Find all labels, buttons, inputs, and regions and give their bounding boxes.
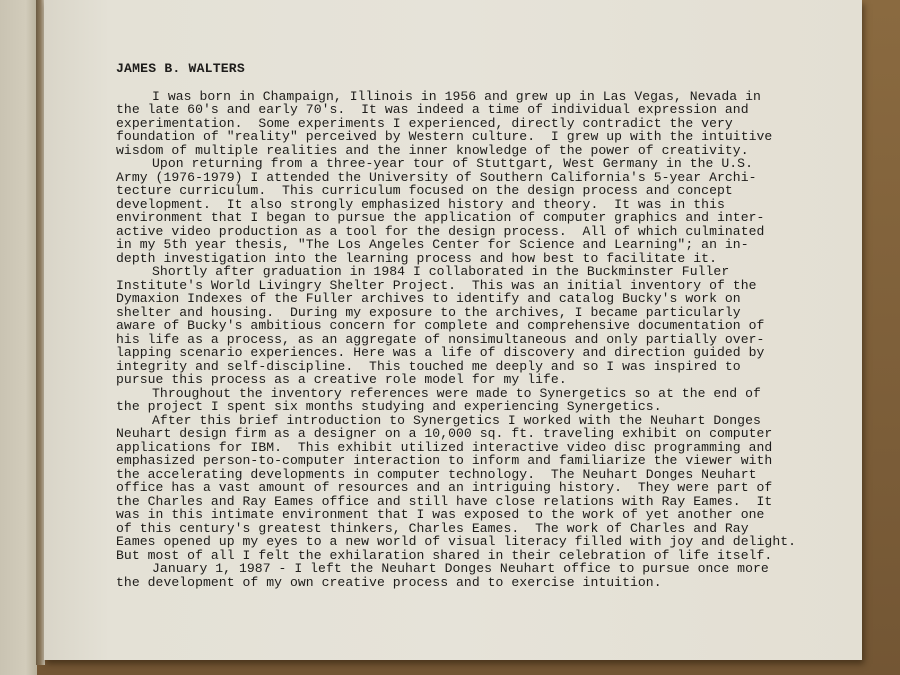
- text-line: depth investigation into the learning pr…: [116, 252, 806, 266]
- text-line: office has a vast amount of resources an…: [116, 481, 806, 495]
- typed-document: JAMES B. WALTERS I was born in Champaign…: [116, 62, 806, 589]
- paragraph: I was born in Champaign, Illinois in 195…: [116, 90, 806, 158]
- paragraph: January 1, 1987 - I left the Neuhart Don…: [116, 562, 806, 589]
- text-line: shelter and housing. During my exposure …: [116, 306, 806, 320]
- paragraph: After this brief introduction to Synerge…: [116, 414, 806, 563]
- text-line: the late 60's and early 70's. It was ind…: [116, 103, 806, 117]
- paragraph: Shortly after graduation in 1984 I colla…: [116, 265, 806, 387]
- text-line: the accelerating developments in compute…: [116, 468, 806, 482]
- text-line: Dymaxion Indexes of the Fuller archives …: [116, 292, 806, 306]
- text-line: the Charles and Ray Eames office and sti…: [116, 495, 806, 509]
- text-line: development. It also strongly emphasized…: [116, 198, 806, 212]
- document-body: I was born in Champaign, Illinois in 195…: [116, 90, 806, 590]
- text-line: Throughout the inventory references were…: [116, 387, 806, 401]
- text-line: of this century's greatest thinkers, Cha…: [116, 522, 806, 536]
- left-page-stack: [0, 0, 37, 675]
- text-line: the project I spent six months studying …: [116, 400, 806, 414]
- text-line: foundation of "reality" perceived by Wes…: [116, 130, 806, 144]
- author-heading: JAMES B. WALTERS: [116, 62, 806, 76]
- text-line: After this brief introduction to Synerge…: [116, 414, 806, 428]
- text-line: applications for IBM. This exhibit utili…: [116, 441, 806, 455]
- text-line: Neuhart design firm as a designer on a 1…: [116, 427, 806, 441]
- text-line: the development of my own creative proce…: [116, 576, 806, 590]
- paragraph: Upon returning from a three-year tour of…: [116, 157, 806, 265]
- text-line: his life as a process, as an aggregate o…: [116, 333, 806, 347]
- text-line: in my 5th year thesis, "The Los Angeles …: [116, 238, 806, 252]
- text-line: environment that I began to pursue the a…: [116, 211, 806, 225]
- text-line: Army (1976-1979) I attended the Universi…: [116, 171, 806, 185]
- text-line: lapping scenario experiences. Here was a…: [116, 346, 806, 360]
- text-line: Shortly after graduation in 1984 I colla…: [116, 265, 806, 279]
- text-line: experimentation. Some experiments I expe…: [116, 117, 806, 131]
- text-line: Eames opened up my eyes to a new world o…: [116, 535, 806, 549]
- text-line: emphasized person-to-computer interactio…: [116, 454, 806, 468]
- text-line: aware of Bucky's ambitious concern for c…: [116, 319, 806, 333]
- text-line: Upon returning from a three-year tour of…: [116, 157, 806, 171]
- text-line: wisdom of multiple realities and the inn…: [116, 144, 806, 158]
- text-line: was in this intimate environment that I …: [116, 508, 806, 522]
- text-line: pursue this process as a creative role m…: [116, 373, 806, 387]
- text-line: Institute's World Livingry Shelter Proje…: [116, 279, 806, 293]
- paragraph: Throughout the inventory references were…: [116, 387, 806, 414]
- text-line: I was born in Champaign, Illinois in 195…: [116, 90, 806, 104]
- text-line: integrity and self-discipline. This touc…: [116, 360, 806, 374]
- text-line: active video production as a tool for th…: [116, 225, 806, 239]
- text-line: January 1, 1987 - I left the Neuhart Don…: [116, 562, 806, 576]
- text-line: tecture curriculum. This curriculum focu…: [116, 184, 806, 198]
- text-line: But most of all I felt the exhilaration …: [116, 549, 806, 563]
